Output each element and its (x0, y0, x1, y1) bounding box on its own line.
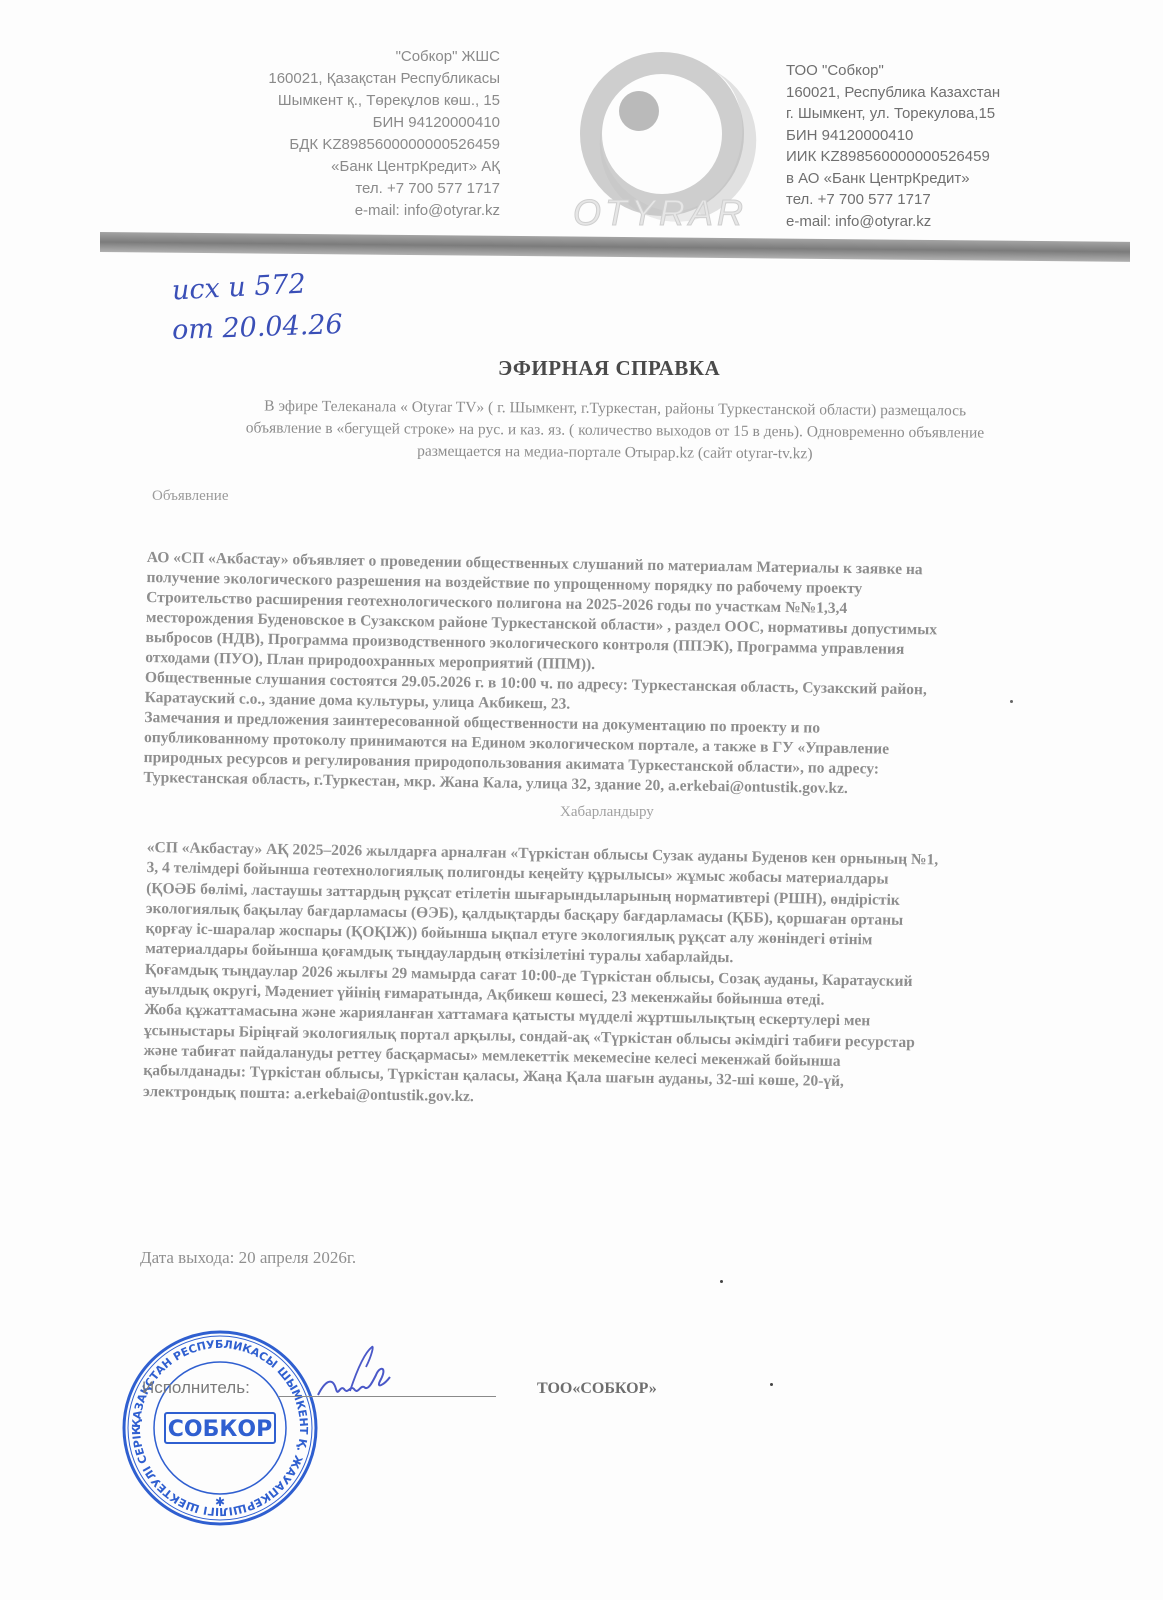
logo-dot-icon (619, 91, 659, 131)
svg-text:✱: ✱ (215, 1495, 225, 1509)
signature-icon (310, 1345, 410, 1405)
company-stamp: ҚАЗАҚСТАН РЕСПУБЛИКАСЫ ШЫМКЕНТ Қ. ЖАУАПК… (120, 1328, 320, 1528)
letterhead-kazakh: "Собкор" ЖШС160021, Қазақстан Республика… (190, 46, 500, 222)
scan-speck (770, 1383, 773, 1386)
letterhead-line: г. Шымкент, ул. Торекулова,15 (786, 103, 1106, 125)
handwritten-outgoing-date: от 20.04.26 (172, 309, 344, 346)
release-date: Дата выхода: 20 апреля 2026г. (140, 1248, 356, 1268)
announcement-russian: АО «СП «Акбастау» объявляет о проведении… (143, 548, 1097, 803)
letterhead-line: ТОО "Собкор" (786, 60, 1106, 82)
letterhead-line: Шымкент қ., Төрекұлов көш., 15 (190, 90, 500, 112)
letterhead-line: БДК KZ8985600000000526459 (190, 134, 500, 156)
letterhead-line: БИН 94120000410 (190, 112, 500, 134)
logo-text: OTYRAR (560, 192, 760, 234)
announcement-heading: Объявление (152, 488, 229, 505)
letterhead-line: ИИК KZ898560000000526459 (786, 146, 1106, 168)
letterhead-line: в АО «Банк ЦентрКредит» (786, 168, 1106, 190)
letterhead-line: e-mail: info@otyrar.kz (786, 211, 1106, 233)
handwritten-outgoing-number: исх и 572 (171, 269, 306, 307)
letterhead-line: "Собкор" ЖШС (190, 46, 500, 68)
letterhead-line: БИН 94120000410 (786, 125, 1106, 147)
letterhead-line: e-mail: info@otyrar.kz (190, 200, 500, 222)
document-page: "Собкор" ЖШС160021, Қазақстан Республика… (0, 0, 1163, 1600)
announcement-kazakh-heading: Хабарландыру (560, 804, 654, 821)
letterhead-russian: ТОО "Собкор"160021, Республика Казахстан… (786, 60, 1106, 232)
otyrar-logo: OTYRAR (560, 52, 760, 242)
header-divider-bar (100, 232, 1130, 262)
letterhead-line: тел. +7 700 577 1717 (190, 178, 500, 200)
letterhead-line: «Банк ЦентрКредит» АҚ (190, 156, 500, 178)
scan-speck (720, 1280, 723, 1283)
letterhead-line: 160021, Республика Казахстан (786, 82, 1106, 104)
scan-speck (1010, 700, 1013, 703)
letterhead-line: 160021, Қазақстан Республикасы (190, 68, 500, 90)
executor-label: Исполнитель: (142, 1378, 250, 1398)
intro-paragraph: В эфире Телеканала « Otyrar TV» ( г. Шым… (150, 395, 1080, 467)
document-title: ЭФИРНАЯ СПРАВКА (498, 356, 720, 381)
svg-text:СОБКОР: СОБКОР (168, 1417, 272, 1442)
announcement-kazakh: «СП «Акбастау» АҚ 2025–2026 жылдарға арн… (143, 838, 1097, 1117)
letterhead-line: тел. +7 700 577 1717 (786, 189, 1106, 211)
company-signature-name: ТОО«СОБКОР» (537, 1380, 657, 1398)
